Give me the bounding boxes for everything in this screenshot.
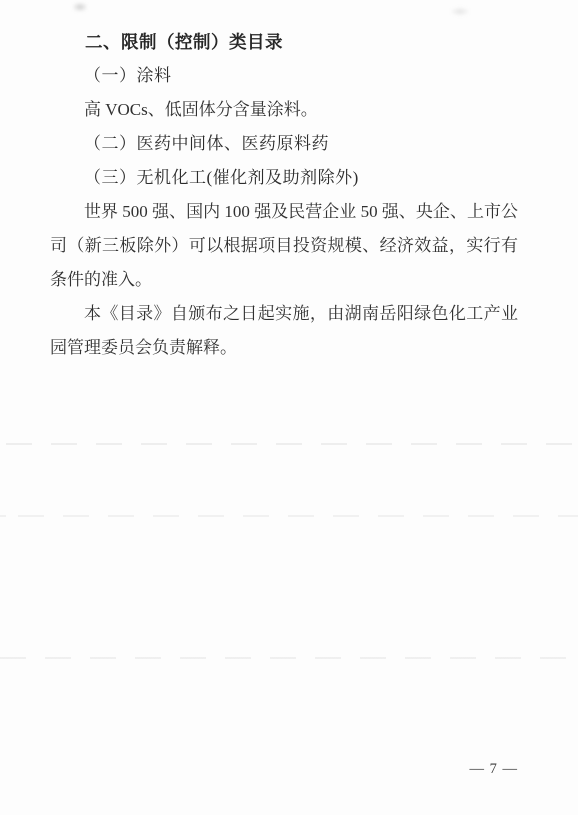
scan-artifact-line <box>0 657 578 659</box>
scan-smudge <box>450 7 470 16</box>
section-heading: 二、限制（控制）类目录 <box>50 25 518 59</box>
body-paragraph: 本《目录》自颁布之日起实施，由湖南岳阳绿色化工产业园管理委员会负责解释。 <box>50 297 518 365</box>
scan-artifact-line <box>0 515 578 517</box>
document-page: 二、限制（控制）类目录 （一）涂料 高 VOCs、低固体分含量涂料。 （二）医药… <box>0 0 578 815</box>
body-paragraph: 高 VOCs、低固体分含量涂料。 <box>50 93 518 127</box>
subsection-heading: （二）医药中间体、医药原料药 <box>50 127 518 161</box>
subsection-heading: （一）涂料 <box>50 59 518 93</box>
subsection-heading: （三）无机化工(催化剂及助剂除外) <box>50 161 518 195</box>
page-number: — 7 — <box>470 760 519 778</box>
scan-smudge <box>72 2 88 12</box>
scan-artifact-line <box>0 443 578 445</box>
body-paragraph: 世界 500 强、国内 100 强及民营企业 50 强、央企、上市公司（新三板除… <box>50 195 518 297</box>
document-content: 二、限制（控制）类目录 （一）涂料 高 VOCs、低固体分含量涂料。 （二）医药… <box>50 25 518 365</box>
